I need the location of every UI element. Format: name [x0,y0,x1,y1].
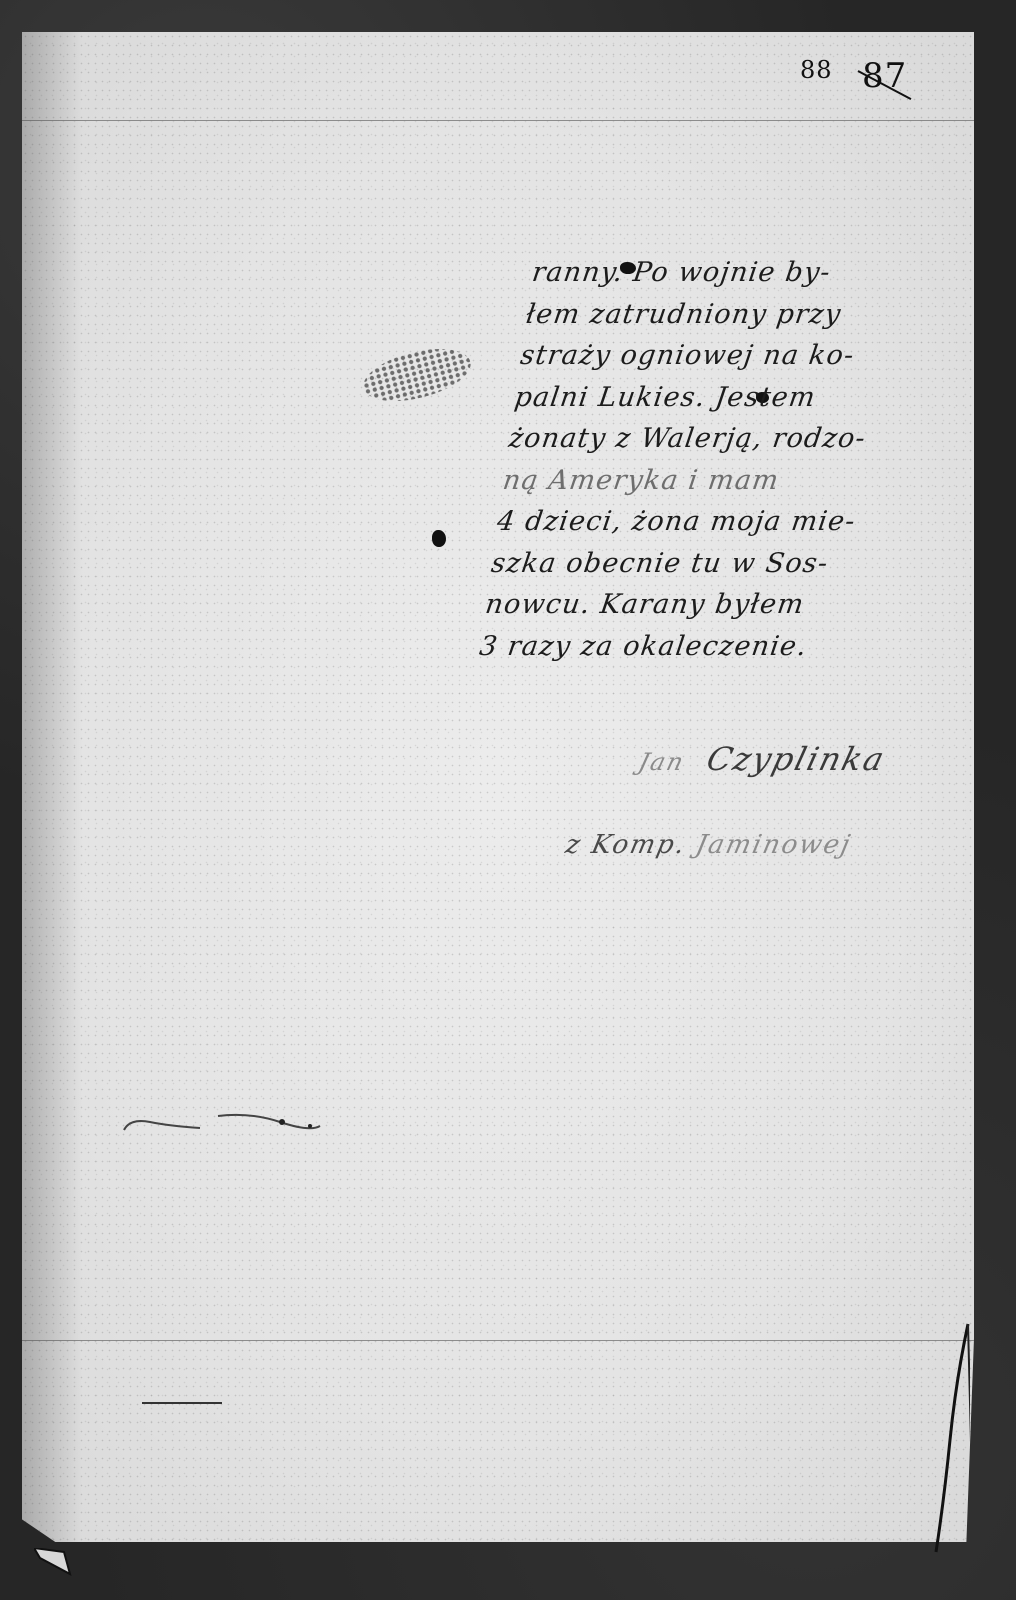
handwritten-text-body: ranny. Po wojnie by- łem zatrudniony prz… [477,252,995,667]
text-line: szka obecnie tu w Sos- [489,543,955,585]
paper-tear-edge [930,1320,970,1560]
ruled-line-bottom [22,1340,974,1341]
text-line: 4 dzieci, żona moja mie- [494,501,960,543]
ink-blot [432,530,446,547]
text-line: łem zatrudniony przy [523,294,989,336]
company-note: z Komp. Jaminowej [563,830,855,860]
signature-surname: Czyplinka [703,740,890,778]
signature: Jan Czyplinka [635,740,889,778]
dash-mark [142,1402,222,1404]
text-line: palni Lukies. Jestem [512,377,978,419]
text-line: nowcu. Karany byłem [483,584,949,626]
text-line: 3 razy za okaleczenie. [477,626,943,668]
text-line: ranny. Po wojnie by- [529,252,995,294]
stray-pen-mark [120,1108,340,1138]
company-prefix: z Komp. [563,830,689,860]
text-line: straży ogniowej na ko- [518,335,984,377]
folded-corner [34,1548,74,1578]
signature-given-name: Jan [636,748,688,776]
folio-number: 88 [800,56,833,84]
ruled-line-top [22,120,974,121]
company-unit: Jaminowej [693,830,854,860]
text-line: ną Ameryka i mam [500,460,966,502]
text-line: żonaty z Walerją, rodzo- [506,418,972,460]
